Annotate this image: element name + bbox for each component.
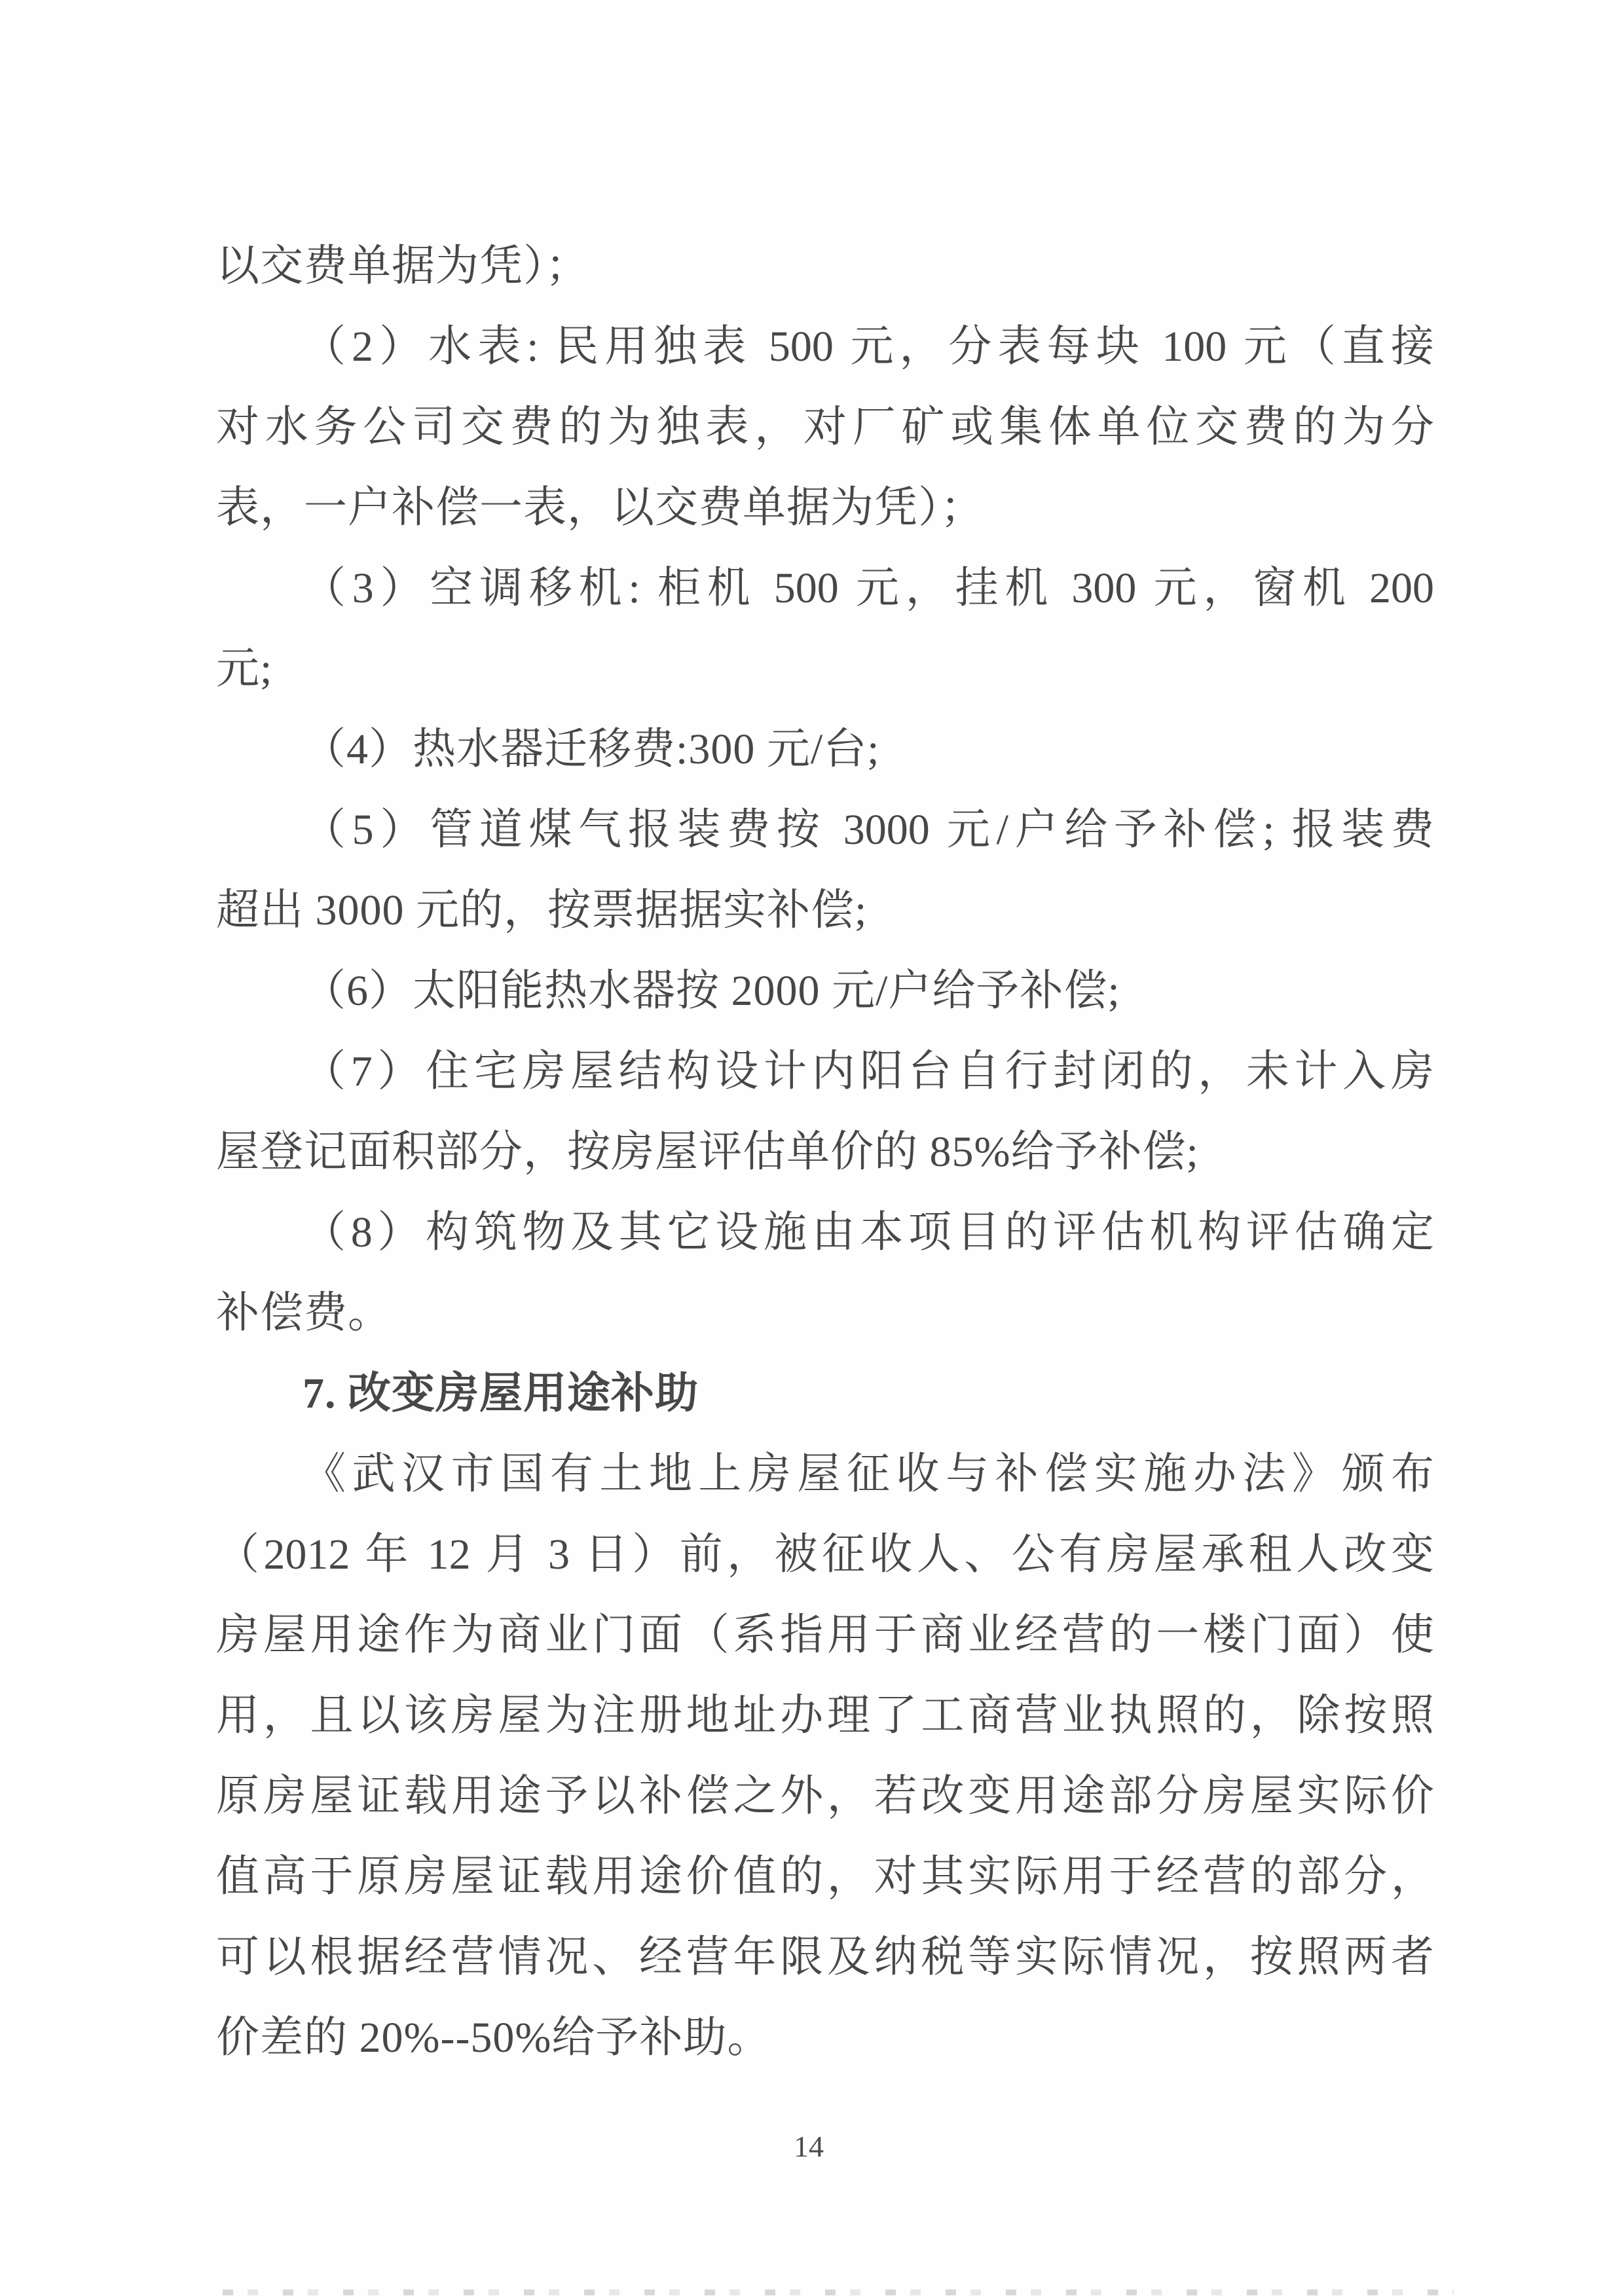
text-line: （3）空调移机: 柜机 500 元，挂机 300 元，窗机 200 xyxy=(216,548,1434,629)
next-page-text-sliver xyxy=(223,2289,1454,2295)
text-line: 补偿费。 xyxy=(216,1273,1434,1353)
text-line: （2）水表: 民用独表 500 元，分表每块 100 元（直接 xyxy=(216,306,1434,387)
text-line: 可以根据经营情况、经营年限及纳税等实际情况，按照两者 xyxy=(216,1917,1434,1997)
text-line: 《武汉市国有土地上房屋征收与补偿实施办法》颁布 xyxy=(216,1434,1434,1514)
text-line: 原房屋证载用途予以补偿之外，若改变用途部分房屋实际价 xyxy=(216,1756,1434,1836)
text-line: 表，一户补偿一表，以交费单据为凭）； xyxy=(216,467,1434,548)
text-line: 超出 3000 元的，按票据据实补偿; xyxy=(216,870,1434,951)
document-text-block: 以交费单据为凭）；（2）水表: 民用独表 500 元，分表每块 100 元（直接… xyxy=(216,226,1434,2078)
text-line: （5）管道煤气报装费按 3000 元/户给予补偿; 报装费 xyxy=(216,790,1434,870)
text-line: 以交费单据为凭）； xyxy=(216,226,1434,306)
text-line: 房屋用途作为商业门面（系指用于商业经营的一楼门面）使 xyxy=(216,1595,1434,1675)
text-line: （7）住宅房屋结构设计内阳台自行封闭的，未计入房 xyxy=(216,1031,1434,1112)
text-line: 对水务公司交费的为独表，对厂矿或集体单位交费的为分 xyxy=(216,387,1434,467)
text-line: 价差的 20%--50%给予补助。 xyxy=(216,1997,1434,2078)
text-line: 元; xyxy=(216,629,1434,709)
text-line: （2012 年 12 月 3 日）前，被征收人、公有房屋承租人改变 xyxy=(216,1514,1434,1595)
page-number: 14 xyxy=(0,2129,1617,2164)
text-line: 值高于原房屋证载用途价值的，对其实际用于经营的部分， xyxy=(216,1836,1434,1917)
text-line: 用，且以该房屋为注册地址办理了工商营业执照的，除按照 xyxy=(216,1675,1434,1756)
text-line: （8）构筑物及其它设施由本项目的评估机构评估确定 xyxy=(216,1192,1434,1273)
text-line: 7. 改变房屋用途补助 xyxy=(216,1353,1434,1434)
text-line: （4）热水器迁移费:300 元/台; xyxy=(216,709,1434,790)
document-page: 以交费单据为凭）；（2）水表: 民用独表 500 元，分表每块 100 元（直接… xyxy=(0,0,1624,2296)
text-line: 屋登记面积部分，按房屋评估单价的 85%给予补偿; xyxy=(216,1112,1434,1192)
text-line: （6）太阳能热水器按 2000 元/户给予补偿; xyxy=(216,951,1434,1031)
